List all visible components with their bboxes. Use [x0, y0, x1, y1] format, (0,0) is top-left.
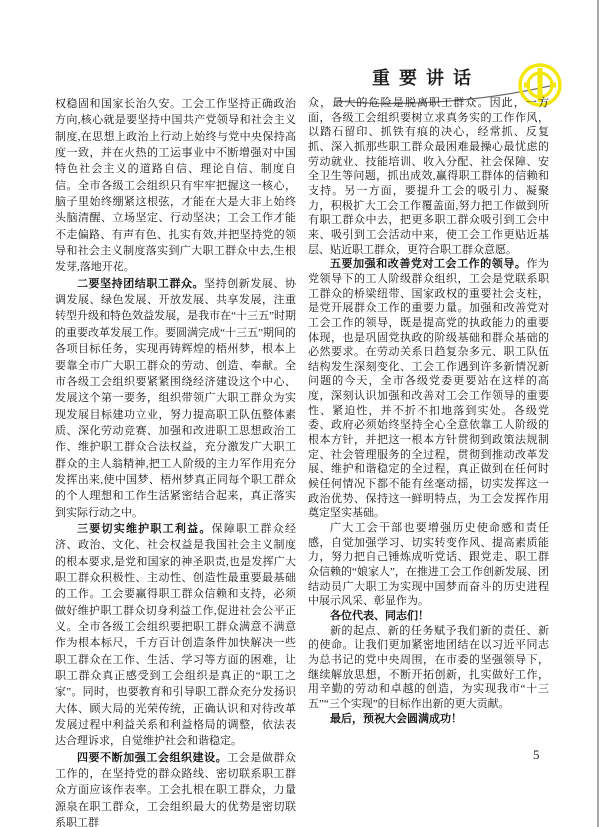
paragraph: 众，最大的危险是脱离职工群众。因此，一方面，各级工会组织要树立求真务实的工作作风… [308, 96, 549, 257]
paragraph-text: 广大工会干部也要增强历史使命感和责任感，自觉加强学习、切实转变作风、提高素质能力… [308, 522, 549, 607]
paragraph: 五要加强和改善党对工会工作的领导。作为党领导下的工人阶级群众组织，工会是党联系职… [308, 257, 549, 521]
paragraph: 三要切实维护职工利益。保障职工群众经济、政治、文化、社会权益是我国社会主义制度的… [55, 521, 296, 750]
paragraph-text: 权稳固和国家长治久安。工会工作坚持正确政治方向,核心就是要坚持中国共产党领导和社… [55, 98, 296, 273]
paragraph: 权稳固和国家长治久安。工会工作坚持正确政治方向,核心就是要坚持中国共产党领导和社… [55, 96, 296, 276]
paragraph-text: 众，最大的危险是脱离职工群众。因此，一方面，各级工会组织要树立求真务实的工作作风… [308, 97, 549, 256]
paragraph-lead: 二要坚持团结职工群众。 [77, 278, 204, 290]
paragraph-lead: 各位代表、同志们！ [330, 610, 429, 622]
paragraph-lead: 五要加强和改善党对工会工作的领导。 [330, 258, 526, 270]
text-column-left: 权稳固和国家长治久安。工会工作坚持正确政治方向,核心就是要坚持中国共产党领导和社… [55, 96, 296, 827]
paragraph-text: 保障职工群众经济、政治、文化、社会权益是我国社会主义制度的根本要求,是党和国家的… [55, 523, 296, 747]
paragraph-text: 新的起点、新的任务赋予我们新的责任、新的使命。让我们更加紧密地团结在以习近平同志… [308, 625, 549, 710]
paragraph: 二要坚持团结职工群众。坚持创新发展、协调发展、绿色发展、开放发展、共享发展，注重… [55, 276, 296, 521]
page-number: 5 [533, 747, 540, 763]
paragraph-lead: 四要不断加强工会组织建设。 [77, 752, 227, 764]
paragraph: 最后，预祝大会圆满成功！ [308, 712, 549, 727]
paragraph: 各位代表、同志们！ [308, 609, 549, 624]
paragraph-text: 坚持创新发展、协调发展、绿色发展、开放发展、共享发展，注重转型升级和特色效益发展… [55, 278, 296, 519]
paragraph: 四要不断加强工会组织建设。工会是做群众工作的，在坚持党的群众路线、密切联系职工群… [55, 750, 296, 827]
paragraph-lead: 最后，预祝大会圆满成功！ [330, 713, 462, 725]
paragraph-text: 作为党领导下的工人阶级群众组织，工会是党联系职工群众的桥梁纽带、国家政权的重要社… [308, 258, 549, 519]
text-column-right: 众，最大的危险是脱离职工群众。因此，一方面，各级工会组织要树立求真务实的工作作风… [308, 96, 549, 726]
paragraph: 广大工会干部也要增强历史使命感和责任感，自觉加强学习、切实转变作风、提高素质能力… [308, 521, 549, 609]
paragraph: 新的起点、新的任务赋予我们新的责任、新的使命。让我们更加紧密地团结在以习近平同志… [308, 624, 549, 712]
page-edge-line [597, 0, 599, 827]
document-page: 重要讲话 权稳固和国家长治久安。工会工作坚持正确政治方向,核心就是要坚持中国共产… [0, 0, 600, 827]
paragraph-lead: 三要切实维护职工利益。 [77, 523, 212, 535]
